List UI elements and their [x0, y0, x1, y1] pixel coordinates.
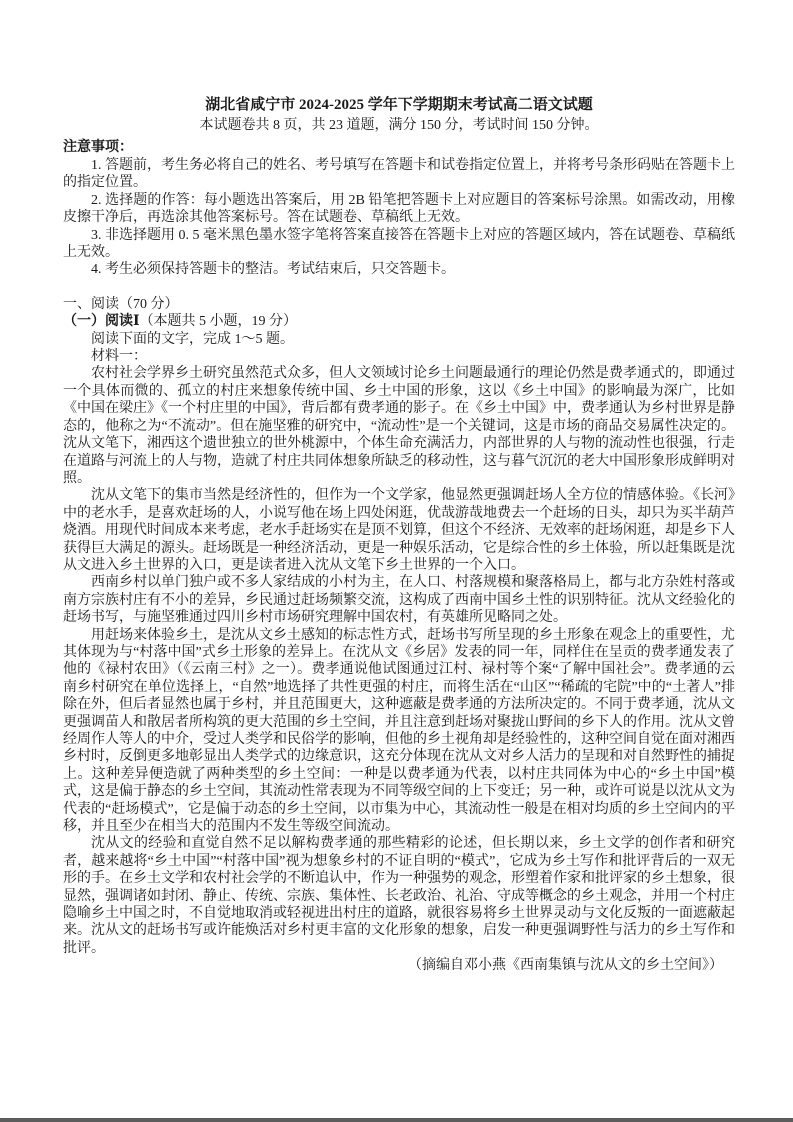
section-spacer: [63, 279, 735, 296]
notice-item-4: 4. 考生必须保持答题卡的整洁。考试结束后，只交答题卡。: [63, 261, 735, 278]
notice-heading: 注意事项：: [63, 139, 735, 157]
reading-instruction: 阅读下面的文字，完成 1～5 题。: [63, 331, 735, 348]
exam-title: 湖北省咸宁市 2024-2025 学年下学期期末考试高二语文试题: [63, 96, 735, 114]
passage-paragraph-1: 农村社会学界乡土研究虽然范式众多，但人文领域讨论乡土问题最通行的理论仍然是费孝通…: [63, 365, 735, 487]
bottom-edge-strip: [0, 1118, 793, 1122]
notice-item-2: 2. 选择题的作答：每小题选出答案后，用 2B 铅笔把答题卡上对应题目的答案标号…: [63, 192, 735, 227]
exam-paper-page: 湖北省咸宁市 2024-2025 学年下学期期末考试高二语文试题 本试题卷共 8…: [0, 0, 793, 1118]
passage-paragraph-2: 沈从文笔下的集市当然是经济性的，但作为一个文学家，他显然更强调赶场人全方位的情感…: [63, 487, 735, 574]
reading-1-heading: （一）阅读Ⅰ（本题共 5 小题，19 分）: [63, 313, 735, 330]
notice-item-3: 3. 非选择题用 0. 5 毫米黑色墨水签字笔将答案直接答在答题卡上对应的答题区…: [63, 227, 735, 262]
reading-1-heading-bold: （一）阅读Ⅰ: [63, 314, 140, 329]
passage-attribution: （摘编自邓小燕《西南集镇与沈从文的乡土空间》）: [63, 957, 735, 974]
passage-paragraph-4: 用赶场来体验乡土，是沈从文乡土感知的标志性方式，赶场书写所呈现的乡土形象在观念上…: [63, 627, 735, 836]
reading-1-heading-rest: （本题共 5 小题，19 分）: [140, 314, 298, 329]
notice-item-1: 1. 答题前，考生务必将自己的姓名、考号填写在答题卡和试卷指定位置上，并将考号条…: [63, 157, 735, 192]
material-1-label: 材料一：: [63, 348, 735, 365]
passage-paragraph-3: 西南乡村以单门独户或不多人家结成的小村为主，在人口、村落规模和聚落格局上，都与北…: [63, 574, 735, 626]
exam-subtitle: 本试题卷共 8 页，共 23 道题，满分 150 分，考试时间 150 分钟。: [63, 117, 735, 135]
passage-paragraph-5: 沈从文的经验和直觉自然不足以解构费孝通的那些精彩的论述，但长期以来，乡土文学的创…: [63, 835, 735, 957]
part-1-heading: 一、阅读（70 分）: [63, 296, 735, 313]
